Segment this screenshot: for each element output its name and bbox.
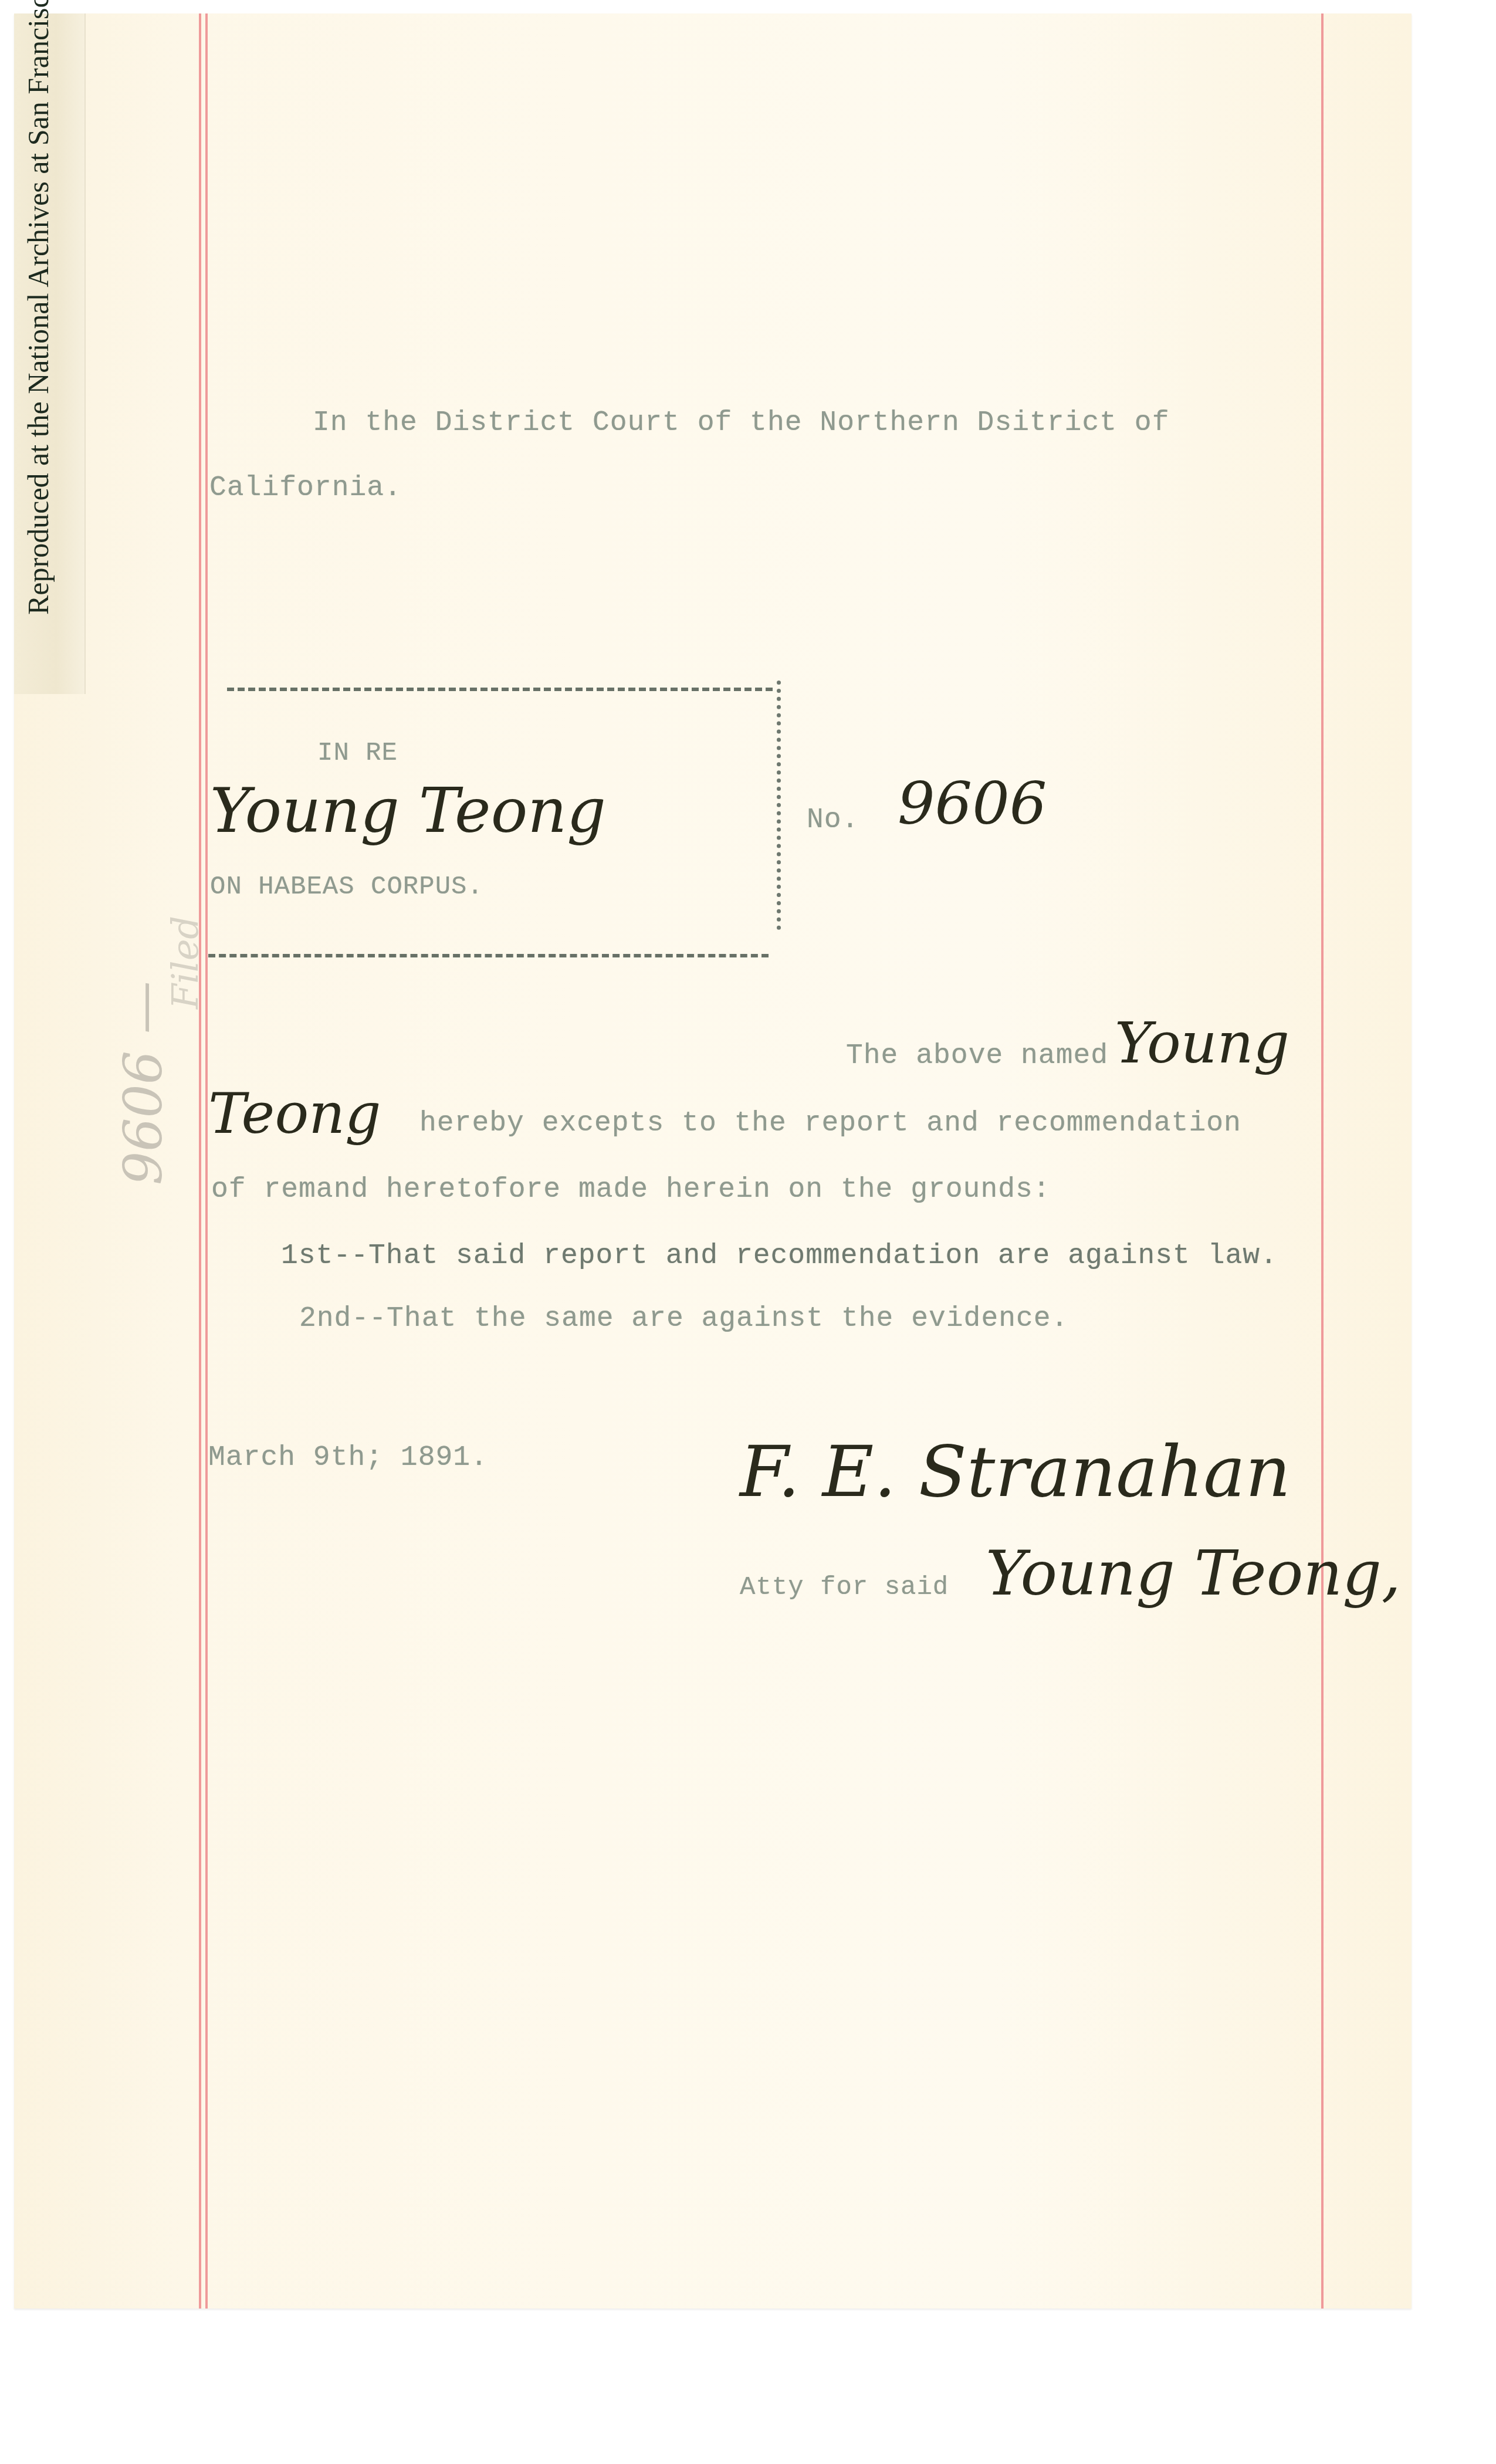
grounds-intro-line: of remand heretofore made herein on the … [211,1176,1051,1204]
caption-box-divider [777,681,781,930]
attorney-signature: F. E. Stranahan [740,1437,1291,1508]
margin-docket-note: 9606 — [117,981,170,1185]
case-number-handwritten: 9606 [898,774,1047,833]
in-re-label: IN RE [317,740,398,766]
attorney-client-handwritten: Young Teong, [986,1543,1401,1604]
document-page [14,13,1412,2309]
caption-box-bottom-border [208,954,769,957]
left-margin-line-2 [205,13,208,2309]
intro-name-handwritten-1: Young [1115,1015,1289,1071]
left-margin-line-1 [199,13,201,2309]
case-number-label: No. [807,806,859,834]
filing-date: March 9th; 1891. [208,1444,488,1472]
petitioner-name-handwritten: Young Teong [210,780,606,841]
margin-pencil-endorsement: Filed [167,916,204,1009]
archive-label: Reproduced at the National Archives at S… [21,0,55,615]
court-heading-line-1: In the District Court of the Northern Ds… [313,409,1169,437]
exception-line: hereby excepts to the report and recomme… [419,1109,1241,1138]
habeas-corpus-label: ON HABEAS CORPUS. [210,874,483,900]
ground-2: 2nd--That the same are against the evide… [299,1305,1068,1333]
court-heading-line-2: California. [209,474,402,502]
attorney-label: Atty for said [740,1575,949,1600]
right-margin-line [1321,13,1324,2309]
intro-name-handwritten-2: Teong [208,1085,381,1142]
caption-box-top-border [227,688,773,691]
intro-typed-text: The above named [846,1042,1108,1070]
ground-1: 1st--That said report and recommendation… [281,1242,1278,1270]
